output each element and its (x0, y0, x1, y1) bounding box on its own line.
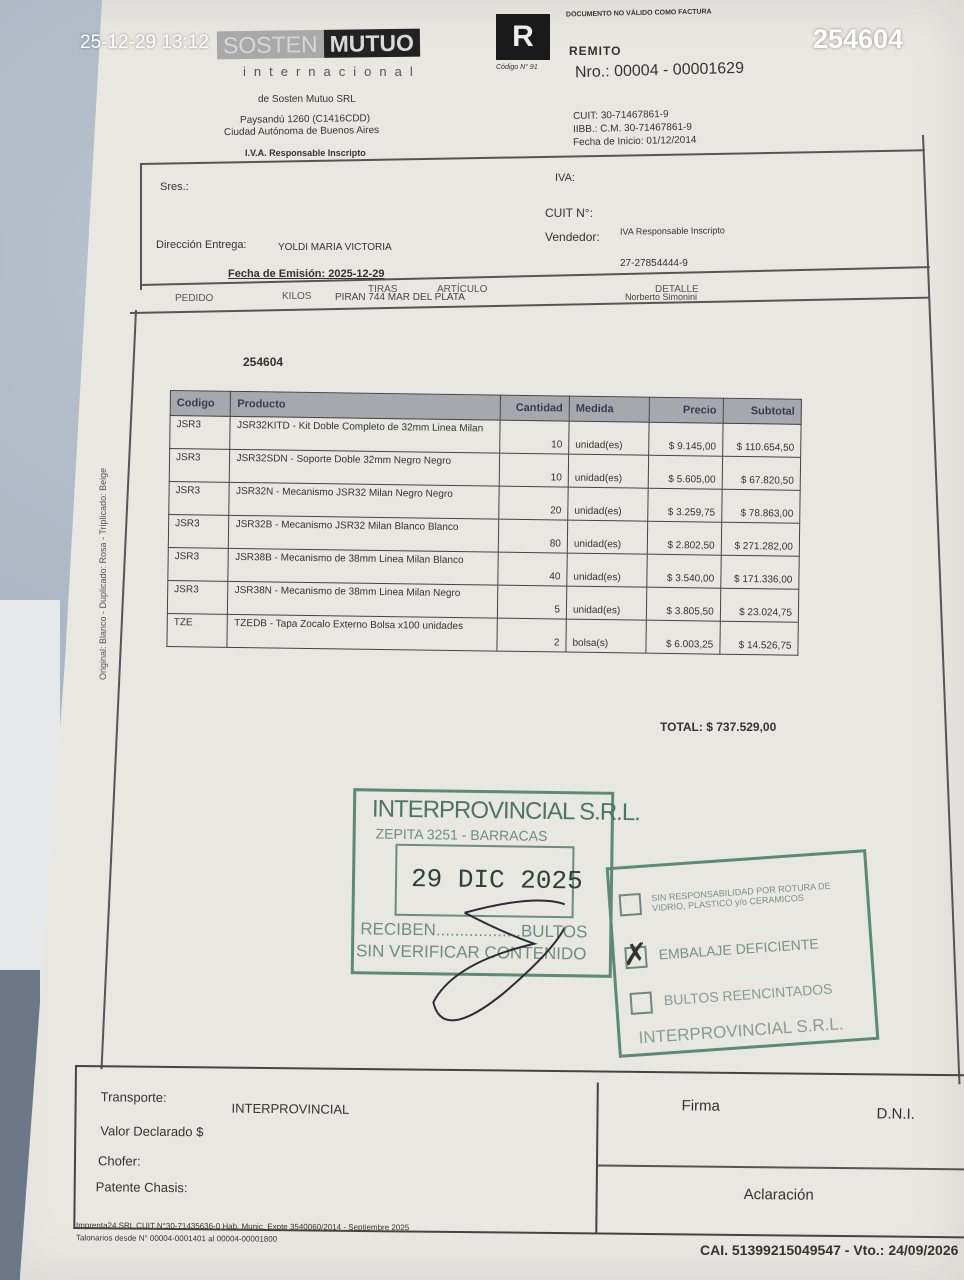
transporte-value: INTERPROVINCIAL (231, 1101, 349, 1117)
total-amount: TOTAL: $ 737.529,00 (660, 720, 776, 734)
iva-label: IVA: (555, 172, 575, 184)
dni-label: D.N.I. (876, 1105, 915, 1122)
items-table: Codigo Producto Cantidad Medida Precio S… (166, 390, 802, 656)
company-address-line2: Ciudad Autónoma de Buenos Aires (224, 125, 379, 138)
cell-precio: $ 6.003,25 (646, 620, 720, 654)
cell-precio: $ 2.802,50 (647, 521, 721, 555)
stamp-company: INTERPROVINCIAL S.R.L. (372, 795, 640, 827)
cell-subtotal: $ 14.526,75 (720, 621, 799, 655)
company-name: de Sosten Mutuo SRL (258, 94, 356, 105)
cell-precio: $ 3.540,00 (647, 554, 721, 588)
stamp-address: ZEPITA 3251 - BARRACAS (376, 826, 548, 844)
cell-producto: JSR38B - Mecanismo de 38mm Linea Milan B… (228, 548, 498, 585)
cell-medida: unidad(es) (569, 421, 649, 455)
logo-part-mutuo: MUTUO (323, 29, 420, 58)
photo-reference-number: 254604 (813, 24, 903, 55)
cell-codigo: JSR3 (169, 481, 230, 515)
cell-cantidad: 40 (498, 552, 567, 586)
cell-subtotal: $ 23.024,75 (720, 588, 799, 622)
issue-date: Fecha de Emisión: 2025-12-29 (228, 268, 385, 280)
chofer-label: Chofer: (98, 1153, 141, 1168)
company-logo: SOSTEN MUTUO (217, 29, 420, 60)
col-kilos: KILOS (282, 291, 311, 302)
photo-timestamp: 25-12-29 13:12 (80, 32, 209, 54)
overprint-address: PIRAN 744 MAR DEL PLATA (335, 292, 465, 303)
signature-divider (598, 1164, 964, 1170)
patente-chasis-label: Patente Chasis: (96, 1179, 188, 1195)
cell-precio: $ 9.145,00 (649, 422, 723, 456)
cell-producto: JSR32SDN - Soporte Doble 32mm Negro Negr… (230, 449, 500, 486)
cell-cantidad: 10 (500, 453, 569, 487)
cell-medida: unidad(es) (568, 487, 648, 521)
cuit-label: CUIT N°: (545, 206, 593, 220)
document-code: Código N° 91 (496, 64, 538, 71)
aclaracion-label: Aclaración (744, 1186, 814, 1204)
header-producto: Producto (231, 391, 501, 420)
cell-medida: unidad(es) (566, 586, 646, 620)
cell-cantidad: 5 (498, 585, 567, 619)
col-pedido: PEDIDO (175, 293, 213, 304)
cell-subtotal: $ 171.336,00 (721, 555, 800, 589)
company-cuit: CUIT: 30-71467861-9 (573, 109, 669, 122)
cell-subtotal: $ 78.863,00 (721, 489, 800, 523)
cell-cantidad: 20 (499, 486, 568, 520)
company-iva-condition: I.V.A. Responsable Inscripto (245, 148, 366, 158)
cell-producto: JSR32N - Mecanismo JSR32 Milan Negro Neg… (229, 482, 499, 519)
delivery-label: Dirección Entrega: (156, 239, 247, 251)
copy-color-note: Original: Blanco - Duplicado: Rosa - Tri… (98, 468, 108, 680)
cell-codigo: TZE (167, 613, 228, 647)
cell-codigo: JSR3 (169, 449, 230, 483)
document-type: REMITO (569, 44, 621, 58)
cell-codigo: JSR3 (167, 580, 228, 614)
checkbox-unchecked-icon (619, 893, 642, 916)
delivery-value: YOLDI MARIA VICTORIA (278, 242, 392, 253)
header-medida: Medida (569, 396, 649, 422)
cell-codigo: JSR3 (170, 416, 231, 450)
cell-medida: unidad(es) (567, 553, 647, 587)
logo-part-sosten: SOSTEN (217, 30, 324, 59)
header-subtotal: Subtotal (723, 398, 802, 424)
valor-declarado-label: Valor Declarado $ (100, 1123, 203, 1139)
company-address-line1: Paysandú 1260 (C1416CDD) (240, 113, 370, 126)
cell-subtotal: $ 67.820,50 (722, 456, 801, 490)
receipt-stamp: INTERPROVINCIAL S.R.L. ZEPITA 3251 - BAR… (351, 788, 615, 978)
cell-medida: unidad(es) (567, 520, 647, 554)
signature-scribble (413, 892, 565, 1024)
conditions-stamp-company: INTERPROVINCIAL S.R.L. (638, 1014, 844, 1048)
cai-number: CAI. 51399215049547 - Vto.: 24/09/2026 (700, 1242, 958, 1258)
transport-box: Transporte: INTERPROVINCIAL Valor Declar… (73, 1065, 964, 1238)
cell-subtotal: $ 110.654,50 (722, 423, 801, 457)
transport-divider (595, 1082, 599, 1232)
cell-medida: unidad(es) (568, 454, 648, 488)
logo-subtitle: internacional (243, 64, 421, 79)
cell-producto: JSR38N - Mecanismo de 38mm Linea Milan N… (228, 581, 498, 618)
cell-cantidad: 80 (499, 519, 568, 553)
document-letter-box: R (496, 14, 550, 60)
checkbox-unchecked-icon (629, 991, 652, 1014)
cell-codigo: JSR3 (168, 547, 229, 581)
cell-producto: JSR32B - Mecanismo JSR32 Milan Blanco Bl… (229, 515, 499, 552)
condition-option-1: SIN RESPONSABILIDAD POR ROTURA DE VIDRIO… (619, 878, 852, 916)
cell-precio: $ 5.605,00 (648, 455, 722, 489)
customer-cuit-value: 27-27854444-9 (620, 258, 688, 269)
conditions-stamp: SIN RESPONSABILIDAD POR ROTURA DE VIDRIO… (606, 849, 880, 1058)
condition-option-3: BULTOS REENCINTADOS (629, 979, 833, 1015)
cell-codigo: JSR3 (168, 514, 229, 548)
header-precio: Precio (649, 397, 723, 423)
cell-cantidad: 2 (497, 618, 566, 652)
cell-producto: JSR32KITD - Kit Doble Completo de 32mm L… (230, 416, 500, 453)
condition-option-2: ✗ EMBALAJE DEFICIENTE (624, 934, 819, 969)
cell-precio: $ 3.259,75 (648, 488, 722, 522)
transporte-label: Transporte: (101, 1089, 167, 1105)
checkbox-checked-icon: ✗ (624, 946, 647, 969)
vendedor-label: Vendedor: (545, 230, 600, 244)
sres-label: Sres.: (160, 181, 189, 193)
cell-medida: bolsa(s) (566, 619, 646, 653)
printer-info-line2: Talonarios desde N° 00004-0001401 al 000… (76, 1233, 277, 1243)
header-cantidad: Cantidad (501, 395, 570, 421)
vendedor-value: IVA Responsable Inscripto (620, 225, 725, 236)
header-codigo: Codigo (170, 391, 231, 417)
cell-cantidad: 10 (500, 420, 569, 454)
frame-left-line (140, 165, 142, 290)
overprint-name: Norberto Simonini (625, 292, 697, 302)
cell-precio: $ 3.805,50 (646, 587, 720, 621)
order-number: 254604 (243, 355, 283, 369)
firma-label: Firma (682, 1097, 721, 1114)
cell-producto: TZEDB - Tapa Zocalo Externo Bolsa x100 u… (227, 614, 497, 651)
cell-subtotal: $ 271.282,00 (721, 522, 800, 556)
